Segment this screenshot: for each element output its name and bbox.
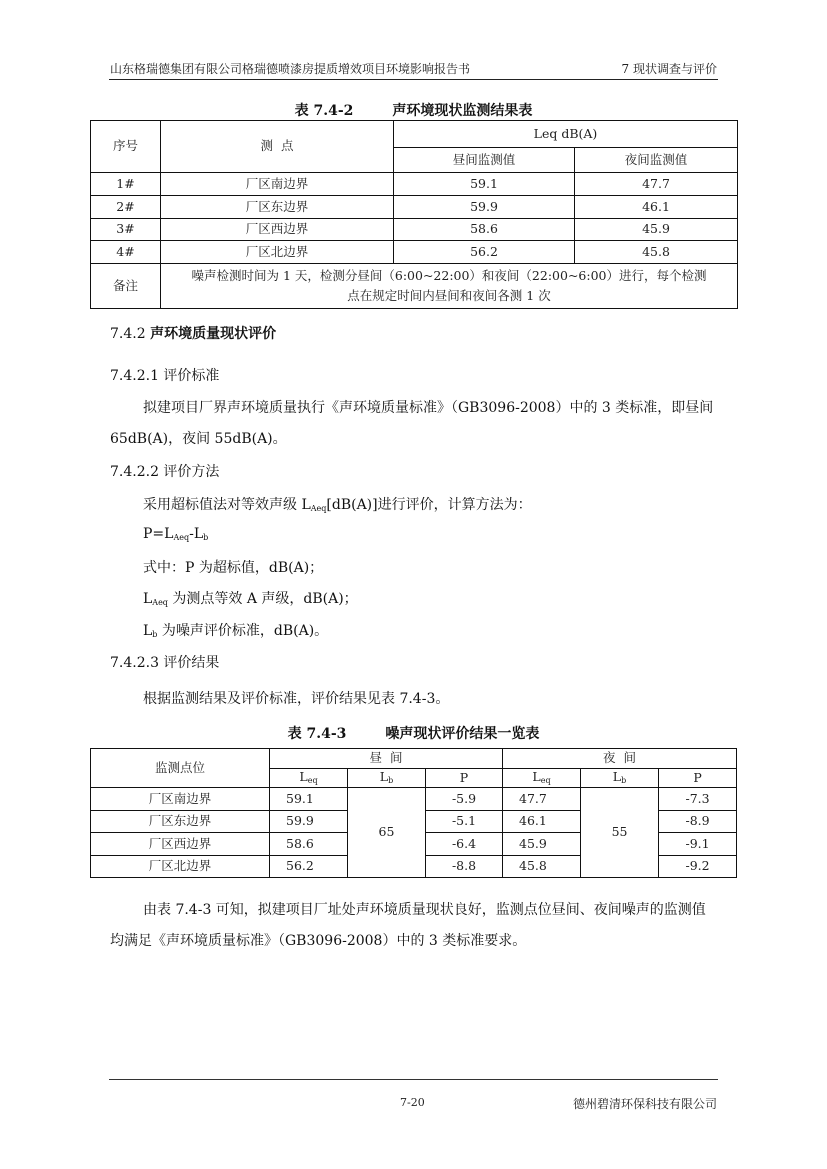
- section-title: 声环境质量现状评价: [150, 326, 276, 342]
- cell-point: 厂区西边界: [91, 833, 270, 856]
- formula: P=LAeq-Lb: [143, 526, 208, 542]
- header-night-leq: Leq: [503, 769, 581, 788]
- subscript: eq: [308, 776, 318, 785]
- cell-night-p: -7.3: [659, 788, 737, 811]
- cell-day-p: -5.9: [426, 788, 503, 811]
- header-night-lb: Lb: [581, 769, 659, 788]
- subsection-title-standard: 7.4.2.1 评价标准: [110, 365, 219, 385]
- cell-day-p: -5.1: [426, 811, 503, 833]
- header-day: 昼 间: [270, 749, 503, 769]
- section-number: 7.4.2: [110, 326, 146, 342]
- subsection-title-method: 7.4.2.2 评价方法: [110, 461, 219, 481]
- subscript: Aeq: [311, 504, 327, 513]
- subscript: eq: [541, 776, 551, 785]
- header-day-lb: Lb: [348, 769, 426, 788]
- conclusion-paragraph: 由表 7.4-3 可知，拟建项目厂址处声环境质量现状良好，监测点位昼间、夜间噪声…: [110, 895, 718, 957]
- table-row: 2# 厂区东边界 59.9 46.1: [91, 196, 738, 219]
- result-paragraph: 根据监测结果及评价标准，评价结果见表 7.4-3。: [143, 688, 449, 708]
- cell-day-leq: 58.6: [270, 833, 348, 856]
- method-line: 采用超标值法对等效声级 LAeq[dB(A)]进行评价，计算方法为：: [143, 494, 532, 514]
- text: [dB(A)]进行评价，计算方法为：: [326, 497, 531, 513]
- text: 为测点等效 A 声级，dB(A)；: [168, 591, 358, 607]
- cell-day-leq: 56.2: [270, 856, 348, 878]
- subscript: b: [203, 533, 208, 542]
- definition-lb: Lb 为噪声评价标准，dB(A)。: [143, 620, 328, 640]
- note-text: 噪声检测时间为 1 天，检测分昼间（6:00~22:00）和夜间（22:00~6…: [161, 264, 738, 309]
- cell-point: 厂区东边界: [161, 196, 394, 219]
- table-caption-7-4-3: 表 7.4-3 噪声现状评价结果一览表: [0, 723, 827, 743]
- text: L: [143, 591, 152, 607]
- cell-night-p: -8.9: [659, 811, 737, 833]
- definition-laeq: LAeq 为测点等效 A 声级，dB(A)；: [143, 588, 358, 608]
- cell-night: 45.9: [575, 219, 738, 241]
- header-point: 测 点: [161, 121, 394, 173]
- header-night: 夜间监测值: [575, 148, 738, 173]
- cell-day-leq: 59.9: [270, 811, 348, 833]
- cell-index: 4#: [91, 241, 161, 264]
- cell-night: 46.1: [575, 196, 738, 219]
- cell-night-lb: 55: [581, 788, 659, 878]
- table-row: 厂区南边界 59.1 65 -5.9 47.7 55 -7.3: [91, 788, 737, 811]
- section-heading: 7.4.2 声环境质量现状评价: [110, 323, 276, 343]
- footer-company: 德州碧清环保科技有限公司: [573, 1095, 717, 1112]
- note-label: 备注: [91, 264, 161, 309]
- cell-day: 58.6: [394, 219, 575, 241]
- subscript: b: [621, 776, 626, 785]
- table-row: 3# 厂区西边界 58.6 45.9: [91, 219, 738, 241]
- cell-day-p: -8.8: [426, 856, 503, 878]
- cell-point: 厂区北边界: [91, 856, 270, 878]
- cell-night-p: -9.1: [659, 833, 737, 856]
- note-line-2: 点在规定时间内昼间和夜间各测 1 次: [169, 286, 729, 306]
- cell-day: 59.9: [394, 196, 575, 219]
- text: L: [613, 769, 621, 784]
- subscript: b: [388, 776, 393, 785]
- text: L: [380, 769, 388, 784]
- note-line-1: 噪声检测时间为 1 天，检测分昼间（6:00~22:00）和夜间（22:00~6…: [169, 266, 729, 286]
- header-rule: [109, 79, 718, 80]
- cell-night: 45.8: [575, 241, 738, 264]
- subscript: Aeq: [152, 598, 168, 607]
- subsection-title-result: 7.4.2.3 评价结果: [110, 652, 219, 672]
- page-number: 7-20: [400, 1096, 425, 1109]
- cell-point: 厂区南边界: [161, 173, 394, 196]
- cell-day-p: -6.4: [426, 833, 503, 856]
- cell-day-leq: 59.1: [270, 788, 348, 811]
- cell-day: 59.1: [394, 173, 575, 196]
- header-day-leq: Leq: [270, 769, 348, 788]
- running-header-title: 山东格瑞德集团有限公司格瑞德喷漆房提质增效项目环境影响报告书: [110, 60, 470, 77]
- standard-paragraph: 拟建项目厂界声环境质量执行《声环境质量标准》（GB3096-2008）中的 3 …: [110, 393, 718, 455]
- cell-point: 厂区南边界: [91, 788, 270, 811]
- cell-index: 3#: [91, 219, 161, 241]
- cell-night-leq: 45.9: [503, 833, 581, 856]
- table-row: 1# 厂区南边界 59.1 47.7: [91, 173, 738, 196]
- cell-point: 厂区北边界: [161, 241, 394, 264]
- cell-night-leq: 45.8: [503, 856, 581, 878]
- running-header-chapter: 7 现状调查与评价: [622, 60, 717, 77]
- cell-night-leq: 47.7: [503, 788, 581, 811]
- cell-point: 厂区东边界: [91, 811, 270, 833]
- header-day-p: P: [426, 769, 503, 788]
- header-day: 昼间监测值: [394, 148, 575, 173]
- noise-evaluation-table: 监测点位 昼 间 夜 间 Leq Lb P Leq Lb P 厂区南边界 59.…: [90, 748, 737, 878]
- text: L: [299, 769, 307, 784]
- subscript: Aeq: [173, 533, 189, 542]
- text: -L: [189, 526, 203, 542]
- text: L: [143, 623, 152, 639]
- header-index: 序号: [91, 121, 161, 173]
- header-point: 监测点位: [91, 749, 270, 788]
- cell-day: 56.2: [394, 241, 575, 264]
- cell-night-leq: 46.1: [503, 811, 581, 833]
- cell-night-p: -9.2: [659, 856, 737, 878]
- text: P=L: [143, 526, 173, 542]
- text: 为噪声评价标准，dB(A)。: [157, 623, 328, 639]
- header-night: 夜 间: [503, 749, 737, 769]
- table-row: 4# 厂区北边界 56.2 45.8: [91, 241, 738, 264]
- cell-point: 厂区西边界: [161, 219, 394, 241]
- footer-rule: [109, 1079, 718, 1080]
- text: 采用超标值法对等效声级 L: [143, 497, 311, 513]
- definition-p: 式中：P 为超标值，dB(A)；: [143, 557, 323, 577]
- text: L: [532, 769, 540, 784]
- table-note-row: 备注 噪声检测时间为 1 天，检测分昼间（6:00~22:00）和夜间（22:0…: [91, 264, 738, 309]
- cell-index: 2#: [91, 196, 161, 219]
- header-leq-group: Leq dB(A): [394, 121, 738, 148]
- cell-day-lb: 65: [348, 788, 426, 878]
- cell-night: 47.7: [575, 173, 738, 196]
- header-night-p: P: [659, 769, 737, 788]
- table-caption-7-4-2: 表 7.4-2 声环境现状监测结果表: [0, 100, 827, 120]
- cell-index: 1#: [91, 173, 161, 196]
- noise-monitoring-table: 序号 测 点 Leq dB(A) 昼间监测值 夜间监测值 1# 厂区南边界 59…: [90, 120, 738, 309]
